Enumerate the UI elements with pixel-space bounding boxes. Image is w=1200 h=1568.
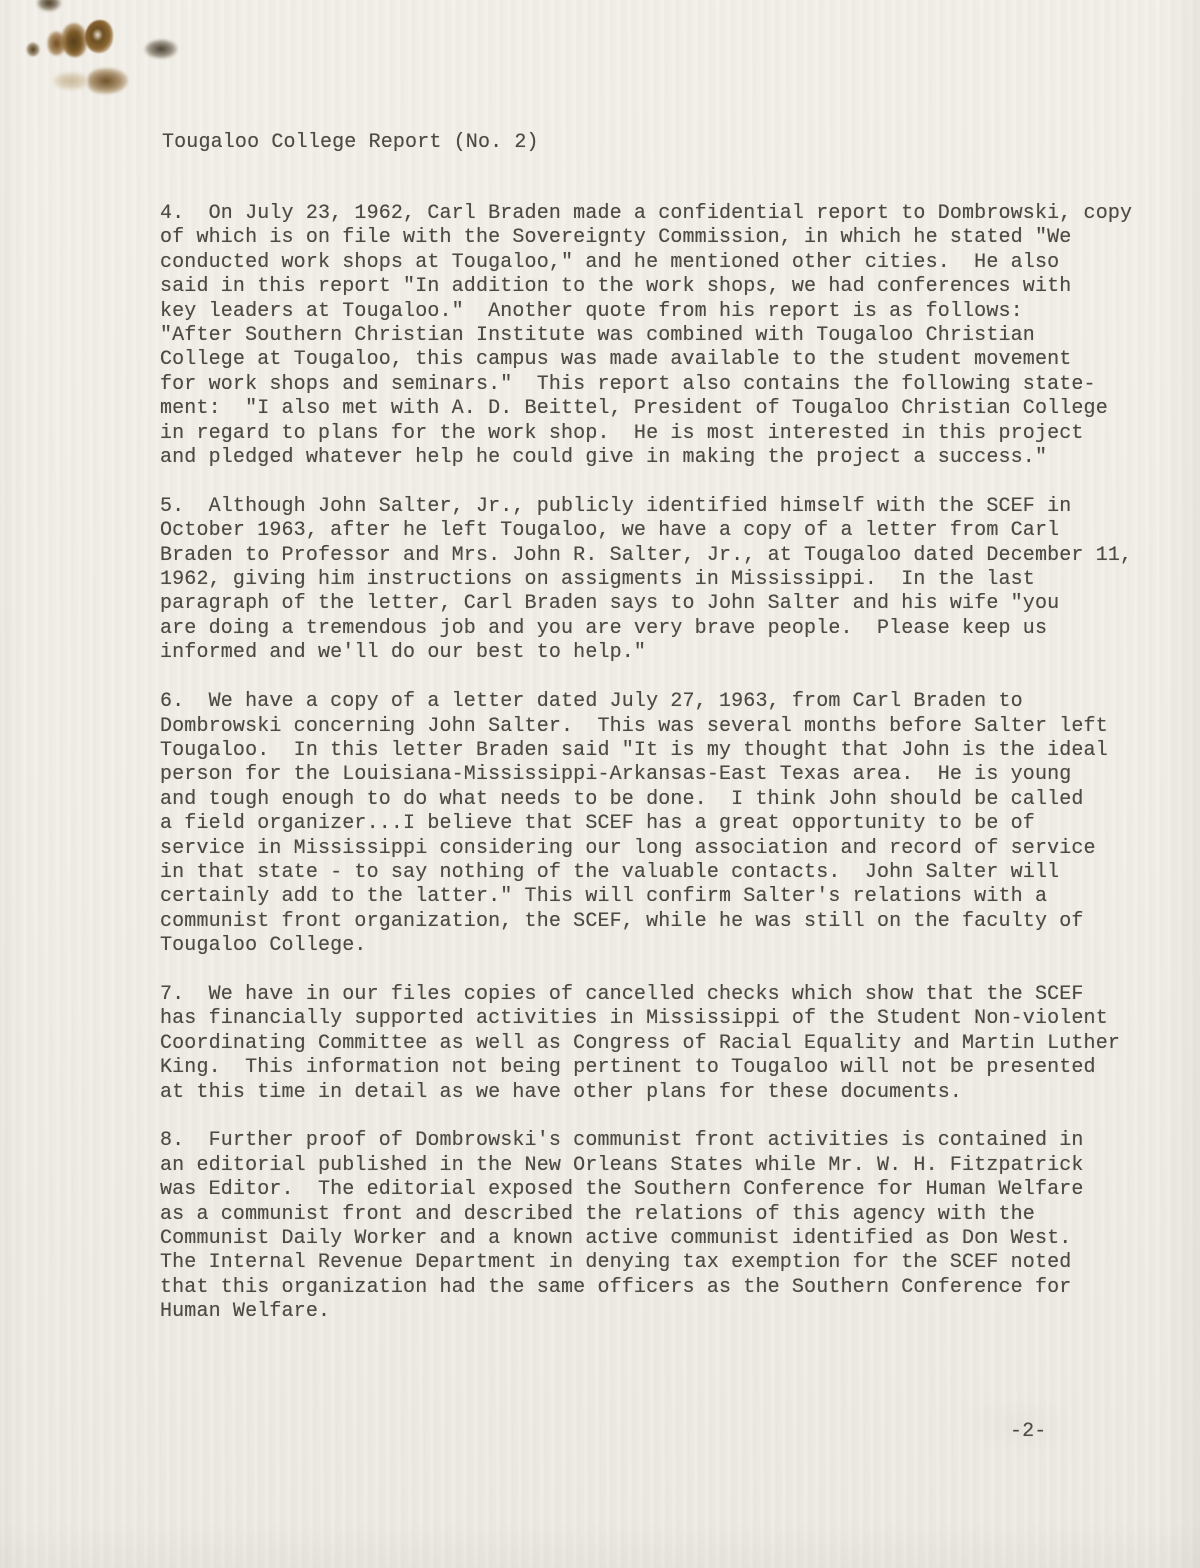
document-body: 4. On July 23, 1962, Carl Braden made a …: [160, 202, 1160, 1349]
document-page: Tougaloo College Report (No. 2) 4. On Ju…: [0, 0, 1200, 1568]
paragraph-6: 6. We have a copy of a letter dated July…: [160, 690, 1160, 958]
paragraph-7: 7. We have in our files copies of cancel…: [160, 983, 1160, 1105]
stain-smudge-icon: [53, 72, 89, 90]
stain-spot-icon: [47, 31, 66, 56]
stain-spot-icon: [85, 20, 113, 53]
paragraph-5: 5. Although John Salter, Jr., publicly i…: [160, 495, 1160, 666]
stain-smudge-icon: [144, 39, 178, 59]
document-title: Tougaloo College Report (No. 2): [162, 131, 539, 154]
stain-spot-icon: [26, 42, 40, 57]
stain-smudge-icon: [88, 68, 128, 94]
stain-spot-icon: [61, 23, 87, 57]
paragraph-4: 4. On July 23, 1962, Carl Braden made a …: [160, 202, 1160, 470]
stain-spot-icon: [36, 0, 62, 12]
paragraph-8: 8. Further proof of Dombrowski's communi…: [160, 1129, 1160, 1324]
page-number: -2-: [1010, 1420, 1046, 1443]
